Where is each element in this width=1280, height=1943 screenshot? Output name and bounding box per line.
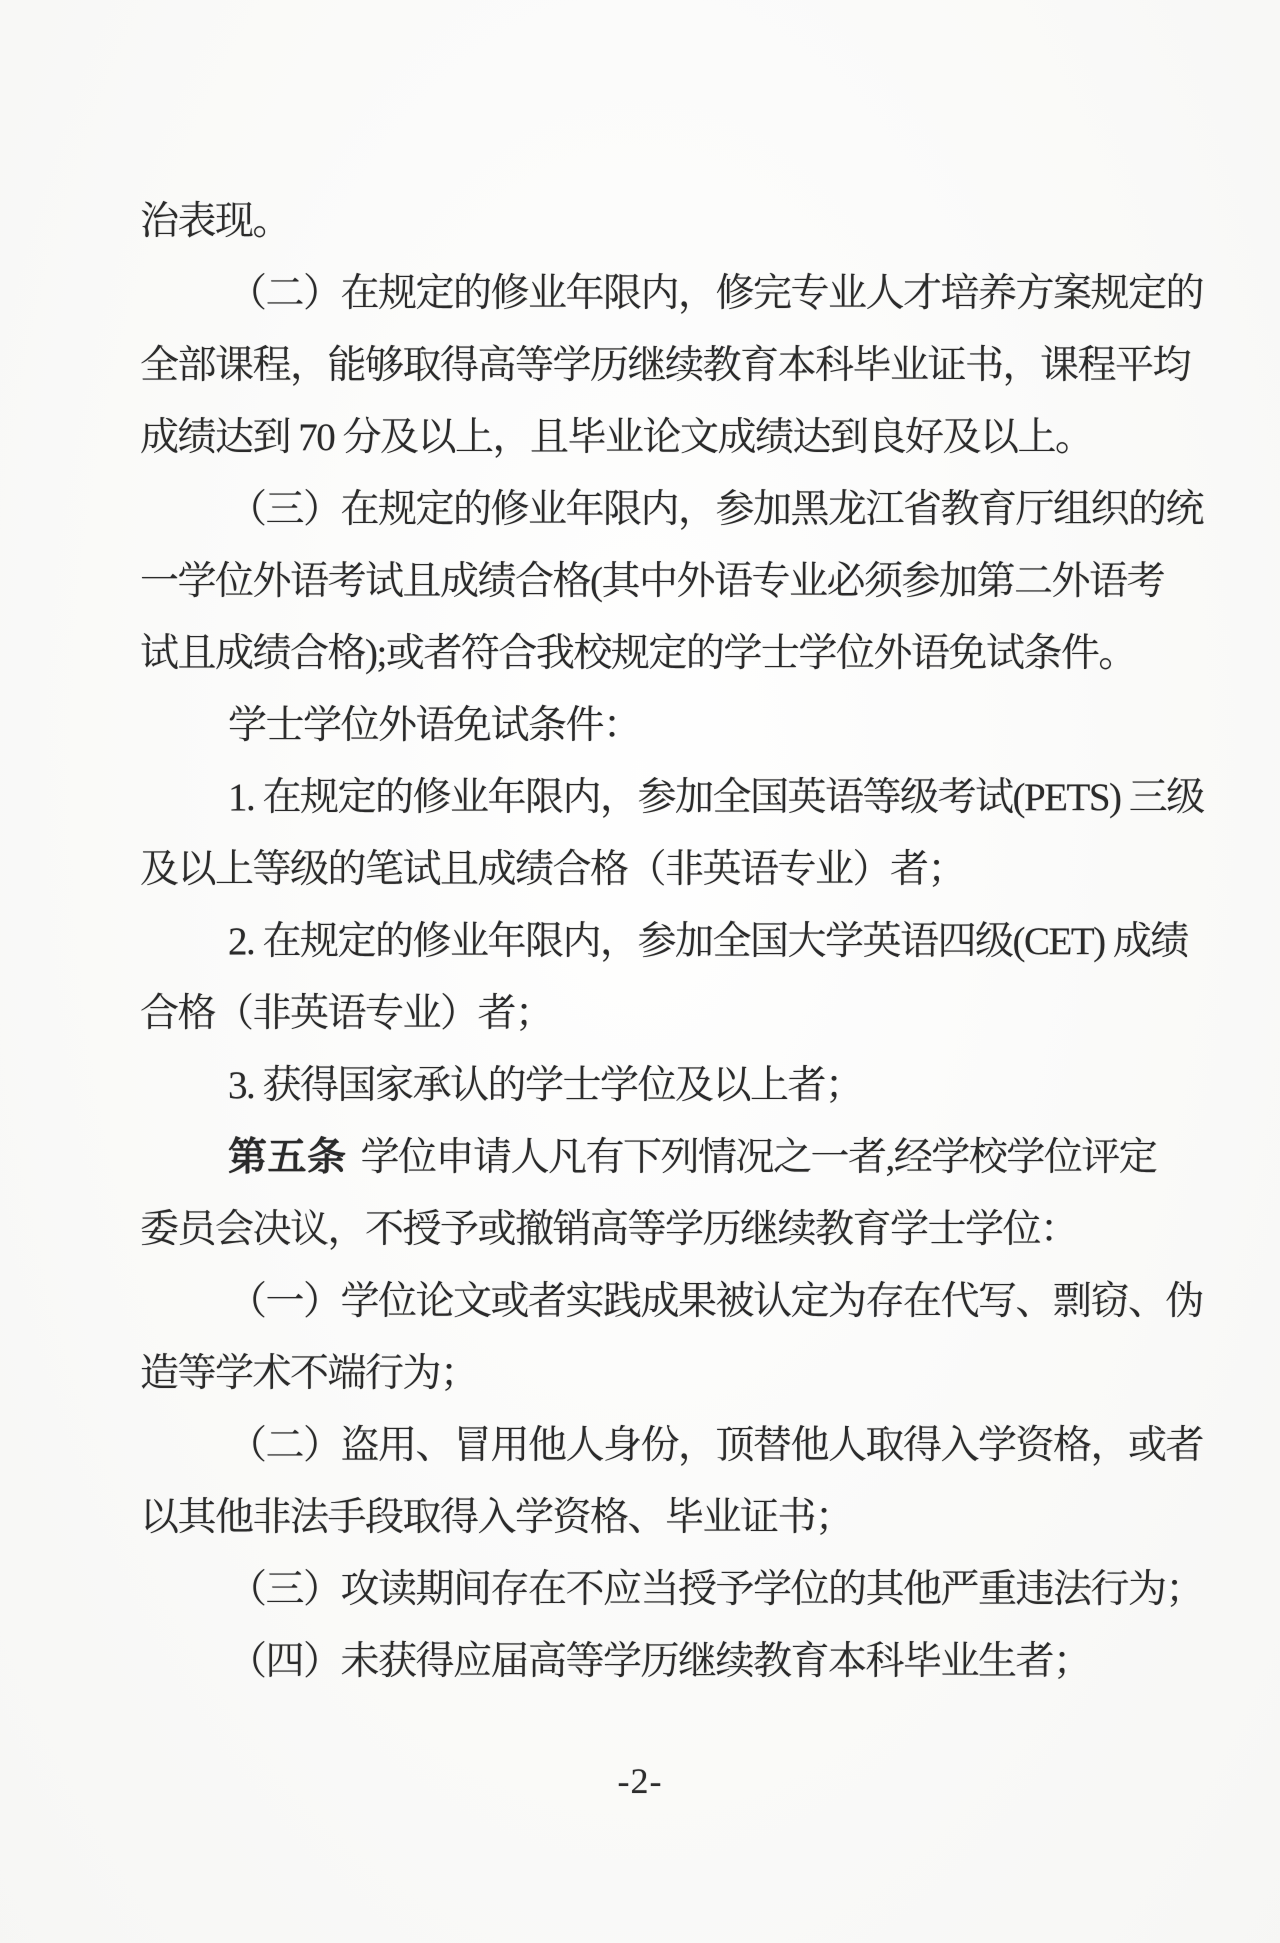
text-line: 以其他非法手段取得入学资格、毕业证书； [140, 1482, 1142, 1554]
text-line: 3. 获得国家承认的学士学位及以上者； [140, 1050, 1142, 1122]
text-line: 合格（非英语专业）者； [140, 978, 1142, 1050]
text-line: 造等学术不端行为； [140, 1338, 1142, 1410]
page-number: -2- [0, 1760, 1280, 1802]
text-line: 试且成绩合格);或者符合我校规定的学士学位外语免试条件。 [140, 618, 1142, 690]
article-number-bold: 第五条 [228, 1136, 347, 1179]
text-line: 全部课程，能够取得高等学历继续教育本科毕业证书，课程平均 [140, 330, 1142, 402]
line-text: 学位申请人凡有下列情况之一者,经学校学位评定 [361, 1136, 1157, 1179]
text-line: 1. 在规定的修业年限内，参加全国英语等级考试(PETS) 三级 [140, 762, 1142, 834]
text-line: 治表现。 [140, 186, 1142, 258]
text-line: 第五条学位申请人凡有下列情况之一者,经学校学位评定 [140, 1122, 1142, 1194]
text-line: （一）学位论文或者实践成果被认定为存在代写、剽窃、伪 [140, 1266, 1142, 1338]
text-line: 学士学位外语免试条件： [140, 690, 1142, 762]
text-line: 成绩达到 70 分及以上，且毕业论文成绩达到良好及以上。 [140, 402, 1142, 474]
text-line: （二）盗用、冒用他人身份，顶替他人取得入学资格，或者 [140, 1410, 1142, 1482]
text-line: （三）攻读期间存在不应当授予学位的其他严重违法行为； [140, 1554, 1142, 1626]
text-line: （二）在规定的修业年限内，修完专业人才培养方案规定的 [140, 258, 1142, 330]
text-line: （三）在规定的修业年限内，参加黑龙江省教育厅组织的统 [140, 474, 1142, 546]
text-line: 一学位外语考试且成绩合格(其中外语专业必须参加第二外语考 [140, 546, 1142, 618]
document-text-block: 治表现。 （二）在规定的修业年限内，修完专业人才培养方案规定的 全部课程，能够取… [140, 186, 1142, 1698]
text-line: 及以上等级的笔试且成绩合格（非英语专业）者； [140, 834, 1142, 906]
scanned-document-page: 治表现。 （二）在规定的修业年限内，修完专业人才培养方案规定的 全部课程，能够取… [0, 0, 1280, 1943]
text-line: 委员会决议，不授予或撤销高等学历继续教育学士学位： [140, 1194, 1142, 1266]
text-line: 2. 在规定的修业年限内，参加全国大学英语四级(CET) 成绩 [140, 906, 1142, 978]
text-line: （四）未获得应届高等学历继续教育本科毕业生者； [140, 1626, 1142, 1698]
